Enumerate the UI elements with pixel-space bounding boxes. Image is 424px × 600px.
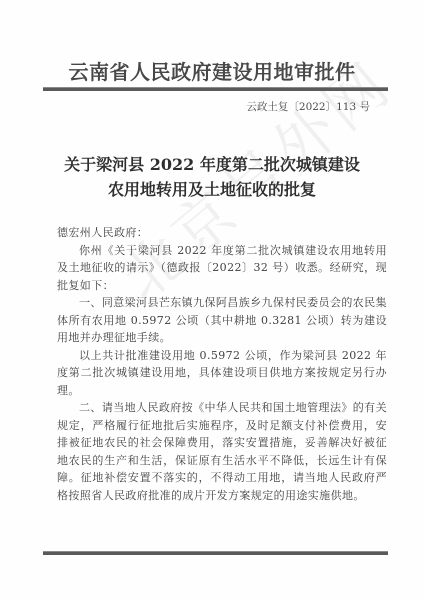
document-title-line-2: 农用地转用及土地征收的批复 — [0, 177, 424, 202]
document-title: 关于梁河县 2022 年度第二批次城镇建设 农用地转用及土地征收的批复 — [0, 152, 424, 202]
document-page: 北京号外网 云南省人民政府建设用地审批件 云政土复〔2022〕113 号 关于梁… — [0, 0, 424, 600]
document-title-line-1: 关于梁河县 2022 年度第二批次城镇建设 — [0, 152, 424, 177]
paragraph-approval-2: 二、请当地人民政府按《中华人民共和国土地管理法》的有关规定，严格履行征地批后实施… — [57, 399, 387, 504]
paragraph-approval-1: 一、同意梁河县芒东镇九保阿昌族乡九保村民委员会的农民集体所有农用地 0.5972… — [57, 294, 387, 347]
issuer-title: 云南省人民政府建设用地审批件 — [0, 56, 424, 85]
salutation: 德宏州人民政府： — [57, 224, 387, 242]
document-body: 德宏州人民政府： 你州《关于梁河县 2022 年度第二批次城镇建设农用地转用及土… — [57, 224, 387, 504]
document-number: 云政土复〔2022〕113 号 — [246, 99, 370, 114]
footer-divider — [43, 551, 388, 555]
header-divider — [43, 87, 388, 91]
paragraph-receipt: 你州《关于梁河县 2022 年度第二批次城镇建设农用地转用及土地征收的请示》（德… — [57, 242, 387, 295]
paragraph-approval-total: 以上共计批准建设用地 0.5972 公顷，作为梁河县 2022 年度第二批次城镇… — [57, 347, 387, 400]
